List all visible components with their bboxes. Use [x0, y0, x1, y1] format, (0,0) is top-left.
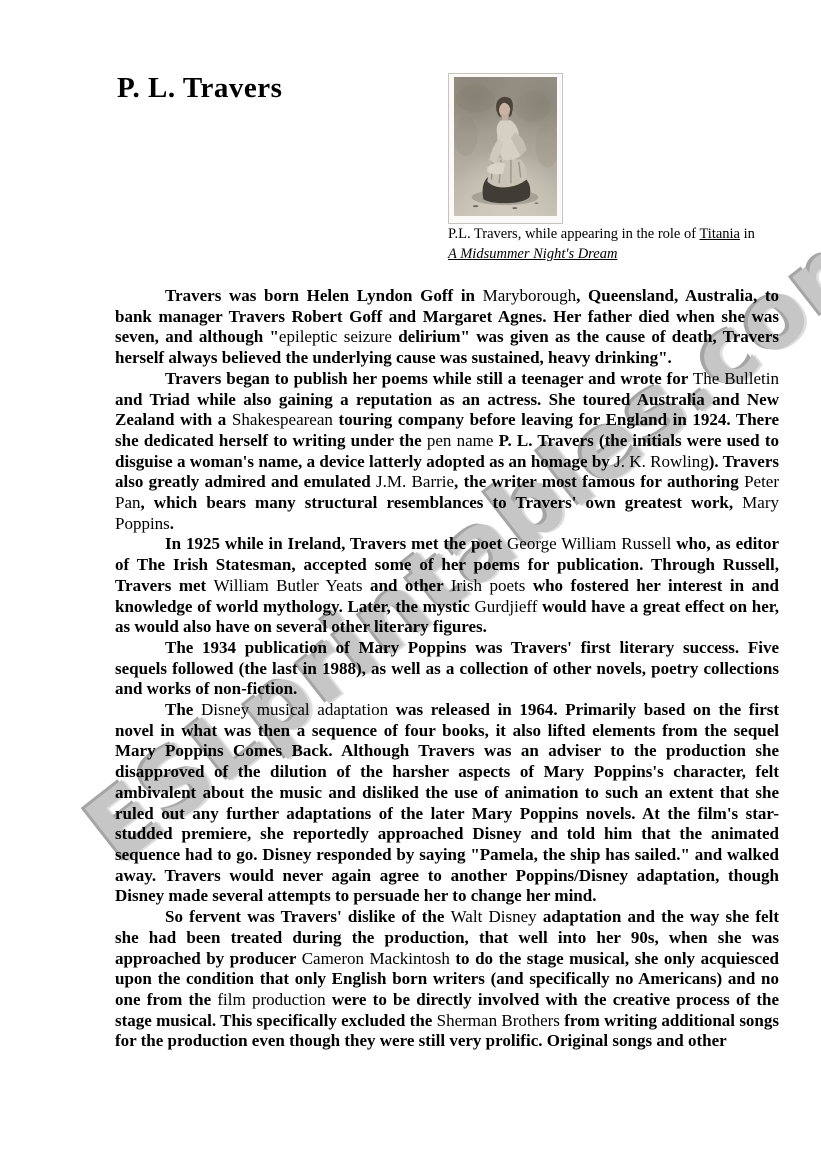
text-run: .: [170, 514, 174, 533]
text-run: In 1925 while in Ireland, Travers met th…: [165, 534, 507, 553]
text-run: was released in 1964. Primarily based on…: [115, 700, 779, 905]
text-run: Gurdjieff: [474, 597, 537, 616]
text-run: , the writer most famous for authoring: [454, 472, 744, 491]
text-run: Cameron Mackintosh: [302, 949, 450, 968]
text-run: Travers began to publish her poems while…: [165, 369, 693, 388]
text-run: in: [740, 226, 755, 242]
text-run: Irish poets: [451, 576, 526, 595]
text-run: J.M. Barrie: [376, 472, 454, 491]
text-run: Titania: [699, 226, 740, 242]
text-run: Disney musical adaptation: [201, 700, 388, 719]
text-run: Sherman Brothers: [437, 1011, 560, 1030]
paragraph: The Disney musical adaptation was releas…: [115, 700, 779, 907]
text-run: George William Russell: [507, 534, 671, 553]
article-body: Travers was born Helen Lyndon Goff in Ma…: [115, 286, 779, 1052]
paragraph: In 1925 while in Ireland, Travers met th…: [115, 534, 779, 638]
paragraph: Travers began to publish her poems while…: [115, 369, 779, 535]
text-run: J. K. Rowling: [614, 452, 709, 471]
portrait-photo: [448, 73, 563, 224]
text-run: The: [165, 700, 201, 719]
text-run: Maryborough: [483, 286, 576, 305]
text-run: pen name: [427, 431, 494, 450]
text-run: Shakespearean: [232, 410, 333, 429]
portrait-photo-image: [454, 77, 557, 216]
paragraph: The 1934 publication of Mary Poppins was…: [115, 638, 779, 700]
text-run: epileptic seizure: [279, 327, 392, 346]
text-run: The Bulletin: [693, 369, 779, 388]
portrait-figure-icon: [454, 77, 557, 216]
text-run: A Midsummer Night's Dream: [448, 246, 617, 262]
text-run: film production: [217, 990, 325, 1009]
text-run: and other: [363, 576, 451, 595]
document-page: ESLprintables.com P. L. Travers: [0, 0, 821, 1169]
text-run: P.L. Travers, while appearing in the rol…: [448, 226, 699, 242]
text-run: The 1934 publication of Mary Poppins was…: [115, 638, 779, 698]
text-run: , which bears many structural resemblanc…: [141, 493, 743, 512]
page-title: P. L. Travers: [117, 72, 282, 105]
photo-caption: P.L. Travers, while appearing in the rol…: [448, 224, 762, 264]
paragraph: Travers was born Helen Lyndon Goff in Ma…: [115, 286, 779, 369]
text-run: Walt Disney: [451, 907, 537, 926]
paragraph: So fervent was Travers' dislike of the W…: [115, 907, 779, 1052]
text-run: So fervent was Travers' dislike of the: [165, 907, 451, 926]
text-run: Travers was born Helen Lyndon Goff in: [165, 286, 483, 305]
text-run: William Butler Yeats: [214, 576, 363, 595]
